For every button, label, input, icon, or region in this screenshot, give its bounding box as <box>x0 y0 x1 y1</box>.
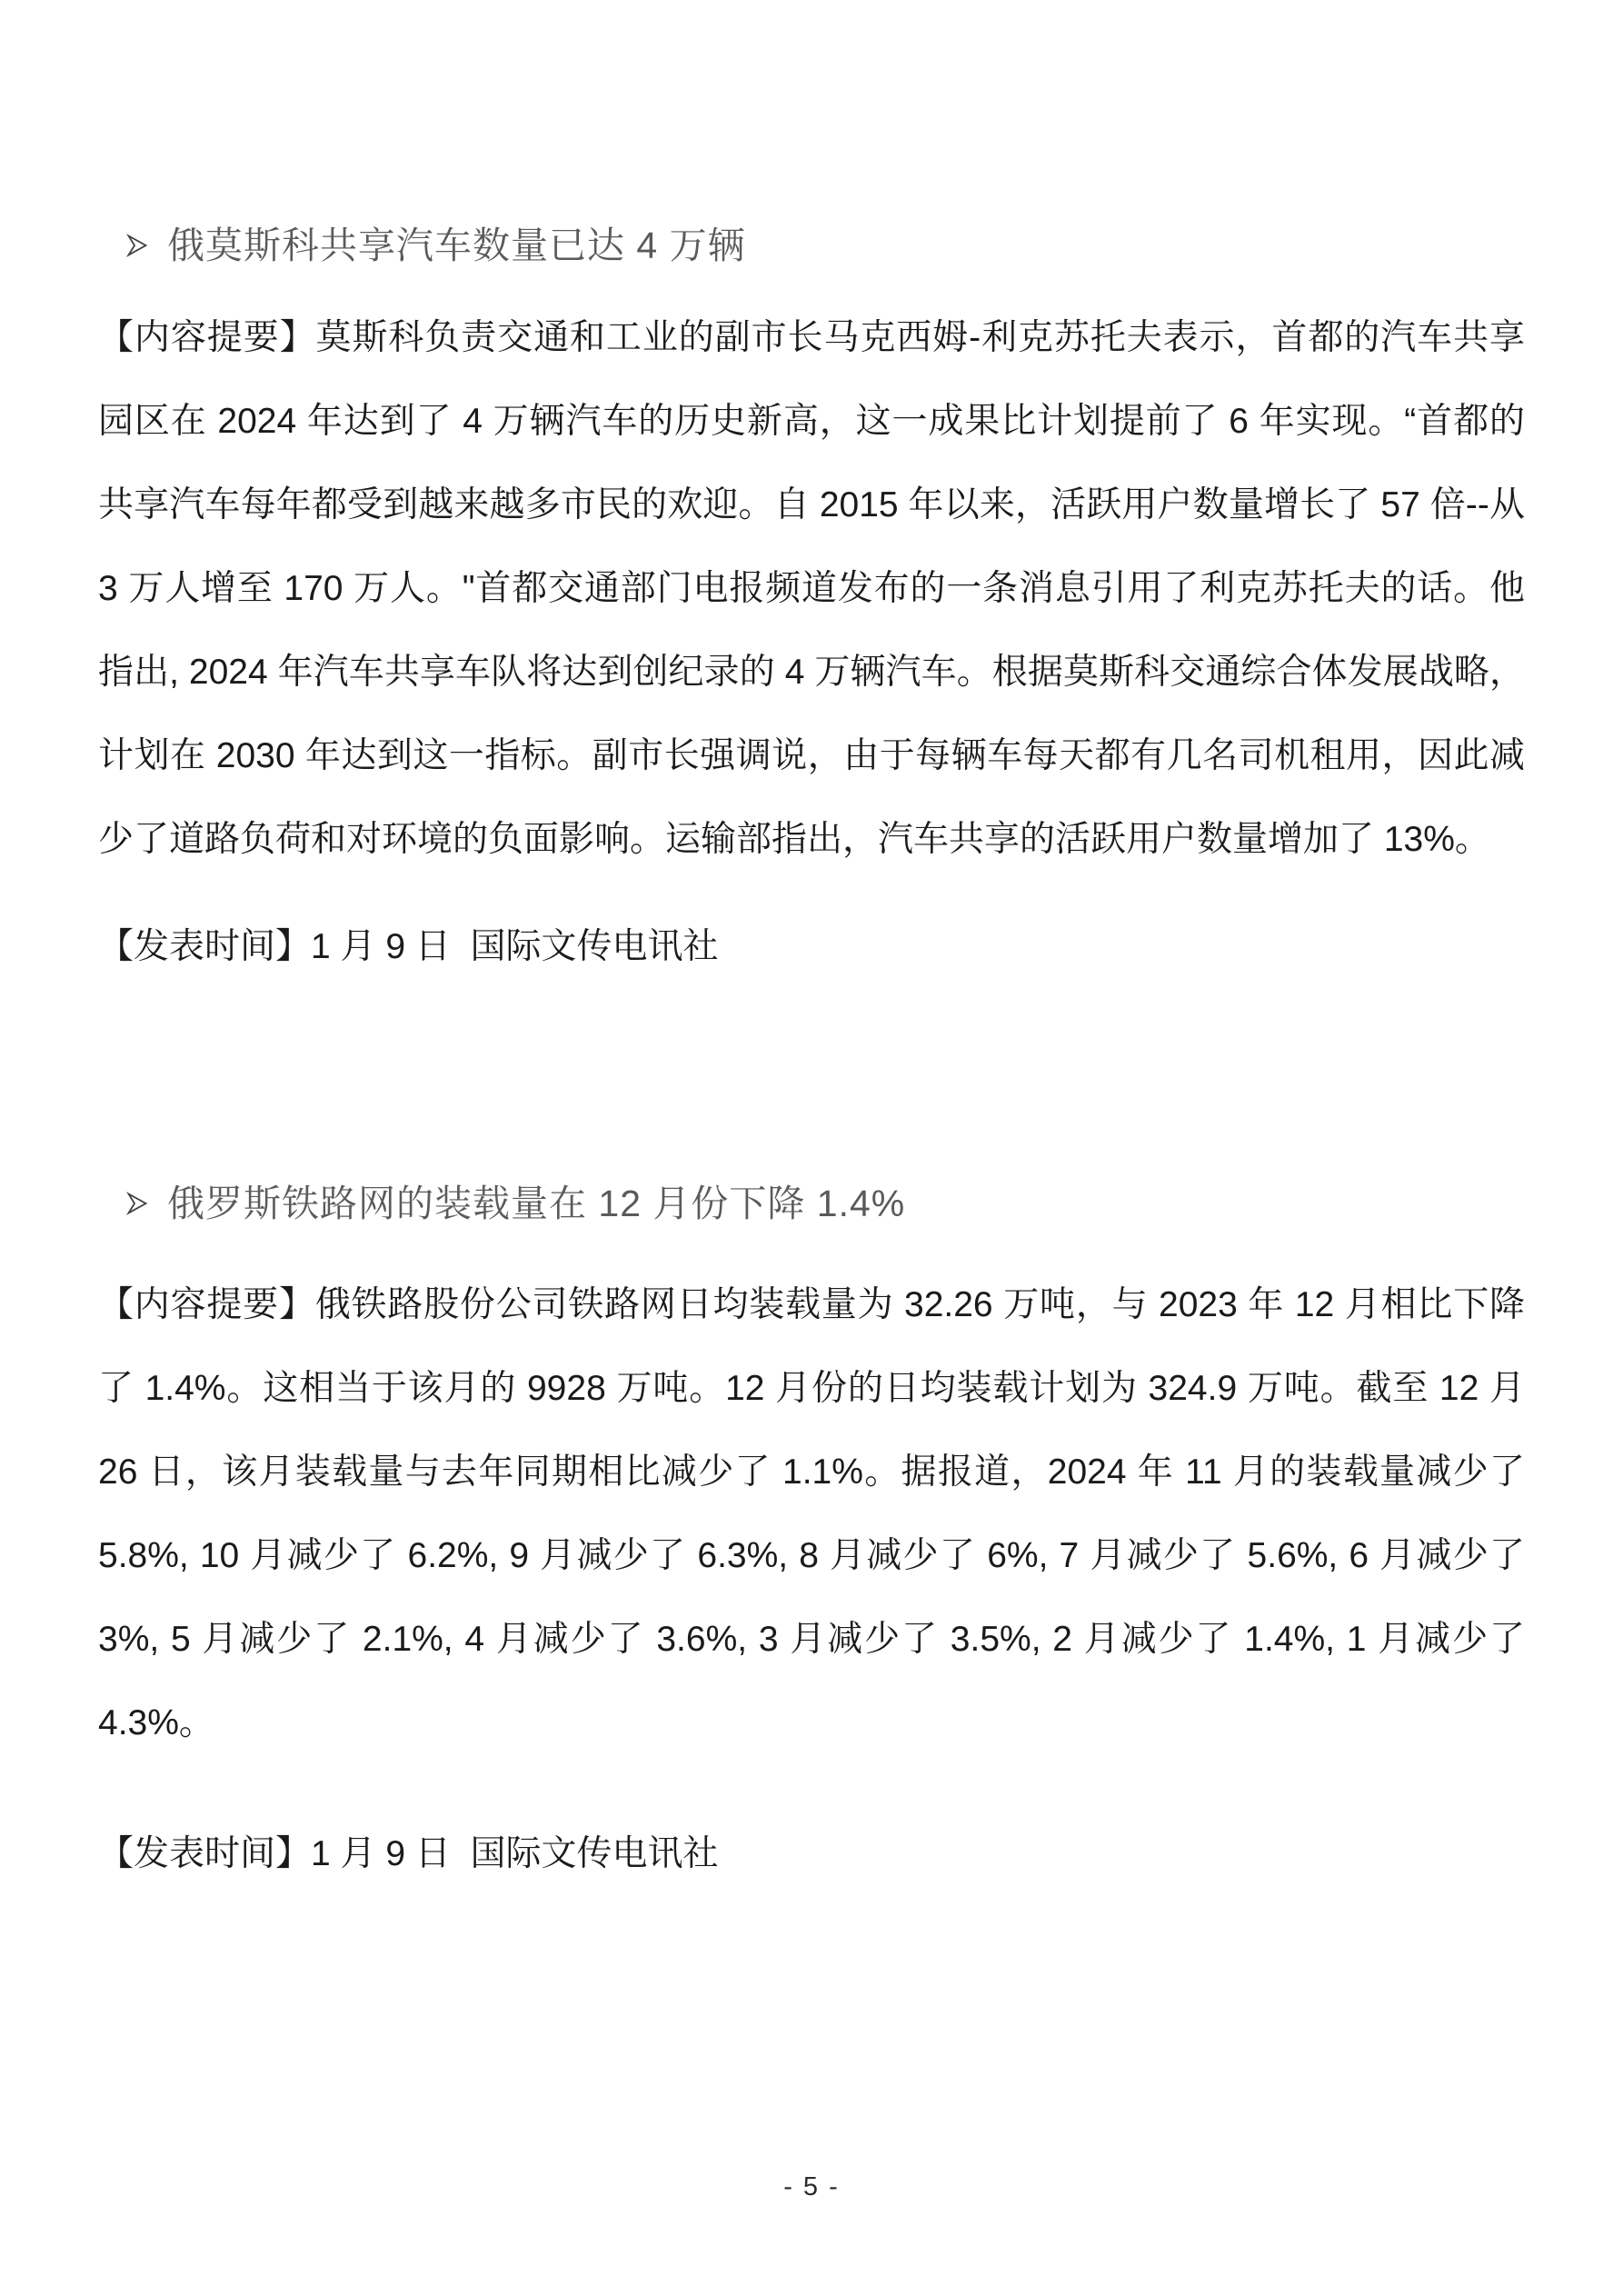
news-section-car-sharing: 俄莫斯科共享汽车数量已达 4 万辆 【内容提要】莫斯科负责交通和工业的副市长马克… <box>98 218 1525 967</box>
section-1-summary: 【内容提要】莫斯科负责交通和工业的副市长马克西姆-利克苏托夫表示，首都的汽车共享… <box>98 296 1525 882</box>
section-2-title: 俄罗斯铁路网的装载量在 12 月份下降 1.4% <box>167 1176 905 1231</box>
section-2-publish-line: 【发表时间】1 月 9 日 国际文传电讯社 <box>98 1834 1525 1874</box>
section-1-heading: 俄莫斯科共享汽车数量已达 4 万辆 <box>98 218 1525 273</box>
arrow-bullet-icon <box>125 232 149 259</box>
section-2-summary: 【内容提要】俄铁路股份公司铁路网日均装载量为 32.26 万吨，与 2023 年… <box>98 1263 1525 1765</box>
section-1-title: 俄莫斯科共享汽车数量已达 4 万辆 <box>167 218 746 273</box>
news-section-railway-loading: 俄罗斯铁路网的装载量在 12 月份下降 1.4% 【内容提要】俄铁路股份公司铁路… <box>98 1176 1525 1874</box>
arrow-bullet-icon <box>125 1190 149 1217</box>
section-2-heading: 俄罗斯铁路网的装载量在 12 月份下降 1.4% <box>98 1176 1525 1231</box>
document-page: 俄莫斯科共享汽车数量已达 4 万辆 【内容提要】莫斯科负责交通和工业的副市长马克… <box>0 0 1623 2296</box>
page-number: - 5 - <box>0 2172 1623 2202</box>
document-content: 俄莫斯科共享汽车数量已达 4 万辆 【内容提要】莫斯科负责交通和工业的副市长马克… <box>0 0 1623 1874</box>
section-1-publish-line: 【发表时间】1 月 9 日 国际文传电讯社 <box>98 927 1525 967</box>
